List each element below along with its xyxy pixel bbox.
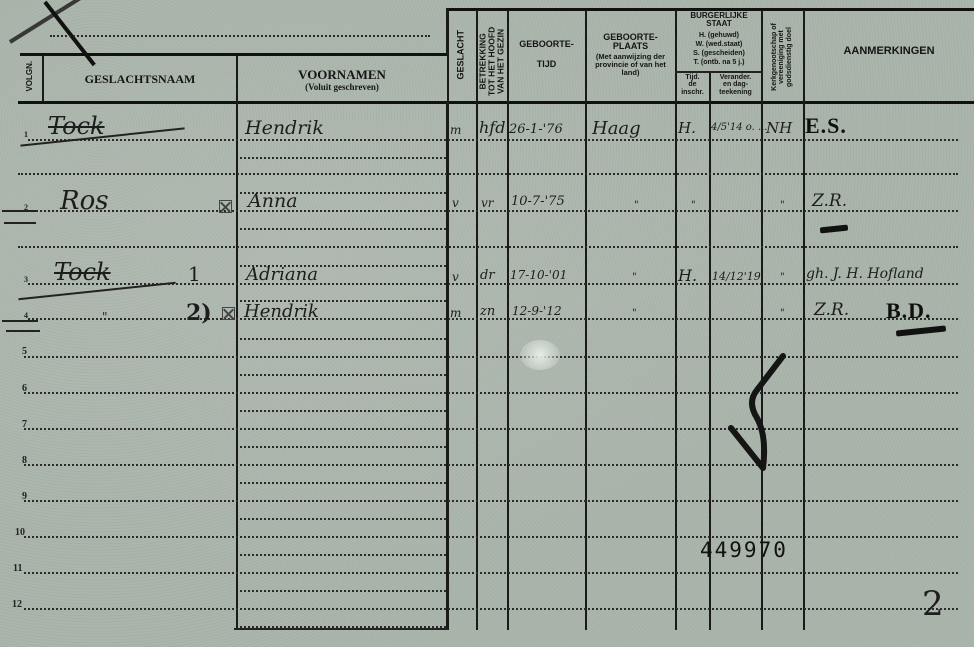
entry-2-gender: v	[452, 196, 459, 210]
entry-3-firstname: Adriana	[246, 264, 318, 285]
entry-2-firstname: Anna	[248, 190, 298, 212]
voornamen-subline	[240, 338, 446, 340]
entry-2-remark: Z.R.	[812, 191, 847, 211]
row-line-12	[24, 608, 958, 610]
row-line-10	[24, 536, 958, 538]
row-number: 4	[24, 311, 28, 320]
entry-3-church: "	[780, 272, 785, 283]
entry-1-bs-verander: 4/5'14 o. ...	[711, 122, 767, 133]
voornamen-subline	[240, 228, 446, 230]
header-bs-s: S. (gescheiden)	[677, 50, 761, 57]
entry-4-relation: zn	[480, 304, 495, 319]
entry-1-relation: hfd	[479, 118, 505, 137]
row-line-1b	[18, 173, 958, 175]
entry-3-surname: Tock	[54, 258, 111, 286]
checkbox-marked-icon	[222, 307, 235, 320]
entry-3-relation: dr	[480, 268, 495, 283]
row-line-11	[24, 572, 958, 574]
voornamen-subline	[240, 518, 446, 520]
card-number: 449970	[700, 538, 788, 562]
check-mark-icon	[725, 350, 795, 480]
row-4-margin-mark	[6, 330, 40, 332]
crossed-pen-mark-2	[43, 1, 95, 67]
voornamen-subline	[240, 590, 446, 592]
row-number: 8	[22, 455, 27, 466]
header-top-border-left	[20, 53, 448, 56]
entry-1-firstname: Hendrik	[245, 117, 324, 139]
row-line-5	[24, 356, 958, 358]
row-4-margin-mark	[2, 320, 38, 322]
entry-1-stamp: E.S.	[805, 113, 847, 139]
voornamen-subline	[240, 626, 446, 628]
entry-3-remark: gh. J. H. Hofland	[806, 266, 924, 282]
entry-4-stamp: B.D.	[886, 298, 932, 324]
row-number: 11	[13, 563, 22, 574]
entry-4-birthplace: "	[632, 308, 637, 319]
entry-4-remark: Z.R.	[814, 300, 849, 320]
corner-mark: 2	[922, 584, 944, 624]
row-number: 12	[12, 599, 22, 610]
top-dotted-line	[50, 35, 430, 37]
bs-subheader-divider	[675, 71, 762, 73]
header-bs-tijd: Tijd.deinschr.	[676, 74, 709, 96]
voornamen-subline	[240, 554, 446, 556]
entry-4-church: "	[780, 308, 785, 319]
crossed-pen-mark	[9, 0, 104, 44]
entry-1-gender: m	[450, 123, 461, 137]
row-2-margin-mark	[2, 210, 36, 212]
header-geboortetijd-1: GEBOORTE-	[508, 40, 585, 49]
header-burgerlijke-staat: BURGERLIJKE STAAT	[677, 12, 761, 29]
voornamen-subline	[240, 374, 446, 376]
entry-3-birthdate: 17-10-'01	[510, 268, 567, 282]
redaction-bar	[896, 325, 946, 336]
header-volg: VOLGN.	[26, 58, 34, 94]
row-line-9	[24, 500, 958, 502]
header-voornamen: VOORNAMEN	[237, 68, 447, 82]
entry-2-birthplace: "	[634, 200, 639, 211]
header-geboorteplaats-sub: (Met aanwijzing der provincie of van het…	[590, 53, 671, 77]
entry-3-gender: v	[452, 270, 459, 284]
header-geslachtsnaam: GESLACHTSNAAM	[44, 73, 236, 86]
entry-3-bs-verander: 14/12'19	[712, 270, 761, 283]
header-step-line	[446, 8, 449, 56]
header-bs-h: H. (gehuwd)	[677, 32, 761, 39]
entry-4-side-mark: 2)	[186, 300, 212, 326]
row-number: 5	[22, 346, 27, 357]
entry-1-bs-tijd: H.	[678, 119, 696, 137]
entry-4-surname-ditto: "	[102, 310, 108, 324]
row-number: 9	[22, 491, 27, 502]
entry-2-surname: Ros	[60, 186, 109, 216]
redaction-bar	[820, 225, 848, 234]
row-line-8	[24, 464, 958, 466]
row-line-7	[24, 428, 958, 430]
voornamen-right-border	[446, 102, 448, 630]
voornamen-subline	[240, 410, 446, 412]
row-number: 10	[15, 527, 25, 538]
row-number: 3	[24, 275, 28, 284]
col-line-voornamen	[236, 55, 238, 630]
header-bs-w: W. (wed.staat)	[677, 41, 761, 48]
entry-1-birthdate: 26-1-'76	[509, 122, 563, 137]
row-number: 7	[22, 419, 27, 430]
row-number: 6	[22, 383, 27, 394]
entry-1-birthplace: Haag	[592, 118, 641, 139]
voornamen-subline	[240, 446, 446, 448]
row-line-6	[24, 392, 958, 394]
entry-2-bs-tijd: "	[691, 200, 696, 211]
population-register-card: VOLGN. GESLACHTSNAAM VOORNAMEN (Voluit g…	[0, 0, 974, 647]
row-number: 1	[24, 130, 28, 139]
header-betrekking: BETREKKINGTOT HET HOOFDVAN HET GEZIN	[479, 20, 506, 102]
voornamen-subline	[240, 157, 446, 159]
voornamen-bottom-border	[234, 628, 448, 630]
row-2-margin-mark	[4, 222, 36, 224]
header-geslacht: GESLACHT	[456, 20, 465, 90]
entry-3-side-mark: 1	[188, 262, 201, 286]
entry-4-firstname: Hendrik	[244, 301, 319, 322]
entry-4-gender: m	[450, 306, 461, 320]
entry-3-birthplace: "	[632, 272, 637, 283]
row-line-2b	[18, 246, 958, 248]
paper-spot	[520, 340, 560, 370]
header-bs-t: T. (ontb. na 5 j.)	[677, 59, 761, 66]
header-kerkgenootschap: Kerkgenootschap ofvereeniging metgodsdie…	[771, 17, 793, 97]
checkbox-marked-icon	[219, 200, 232, 213]
header-bs-verander: Verander.en dag-teekening	[710, 74, 761, 96]
header-voornamen-sub: (Voluit geschreven)	[237, 83, 447, 92]
entry-4-birthdate: 12-9-'12	[512, 304, 562, 318]
entry-2-birthdate: 10-7-'75	[511, 194, 565, 209]
header-geboortetijd-2: TIJD	[508, 60, 585, 69]
entry-1-church: NH	[766, 119, 792, 137]
header-aanmerkingen: AANMERKINGEN	[804, 46, 974, 58]
row-line-1	[28, 139, 958, 141]
entry-3-bs-tijd: H.	[678, 266, 697, 285]
header-geboorteplaats-2: PLAATS	[586, 42, 675, 51]
entry-2-church: "	[780, 200, 785, 211]
entry-2-relation: vr	[481, 196, 494, 210]
voornamen-subline	[240, 482, 446, 484]
